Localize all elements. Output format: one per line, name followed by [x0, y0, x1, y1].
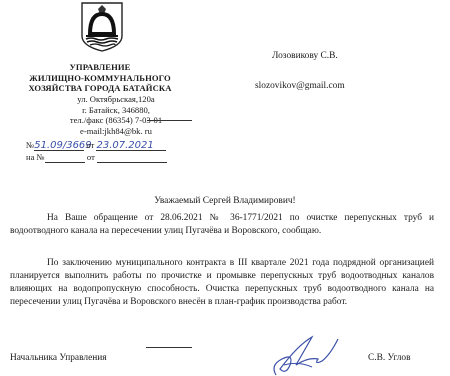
paragraph-2: По заключению муниципального контракта в… — [10, 257, 434, 309]
divider — [146, 347, 192, 348]
signer-title: Начальника Управления — [10, 353, 107, 363]
organization-address: ул. Октябрьская,120а г. Батайск, 346880,… — [30, 94, 202, 136]
handwritten-signature-icon — [268, 335, 344, 376]
incoming-reference: на № от — [26, 152, 167, 163]
recipient-email: slozovikov@gmail.com — [255, 81, 345, 91]
organization-name: УПРАВЛЕНИЕ ЖИЛИЩНО-КОММУНАЛЬНОГО ХОЗЯЙСТ… — [14, 62, 186, 94]
signer-name: С.В. Углов — [368, 353, 411, 363]
greeting: Уважаемый Сергей Владимирович! — [0, 196, 450, 206]
outgoing-reference: №51.09/3669 от 23.07.2021 — [26, 140, 166, 151]
incoming-date — [97, 152, 167, 163]
outgoing-number: 51.09/3669 — [34, 140, 91, 151]
divider — [147, 120, 192, 121]
paragraph-1: На Ваше обращение от 28.06.2021 № 36-177… — [10, 212, 434, 238]
recipient-name: Лозовикову С.В. — [272, 51, 338, 61]
incoming-number — [45, 152, 85, 163]
coat-of-arms-icon — [80, 2, 124, 52]
outgoing-date: 23.07.2021 — [96, 140, 153, 151]
